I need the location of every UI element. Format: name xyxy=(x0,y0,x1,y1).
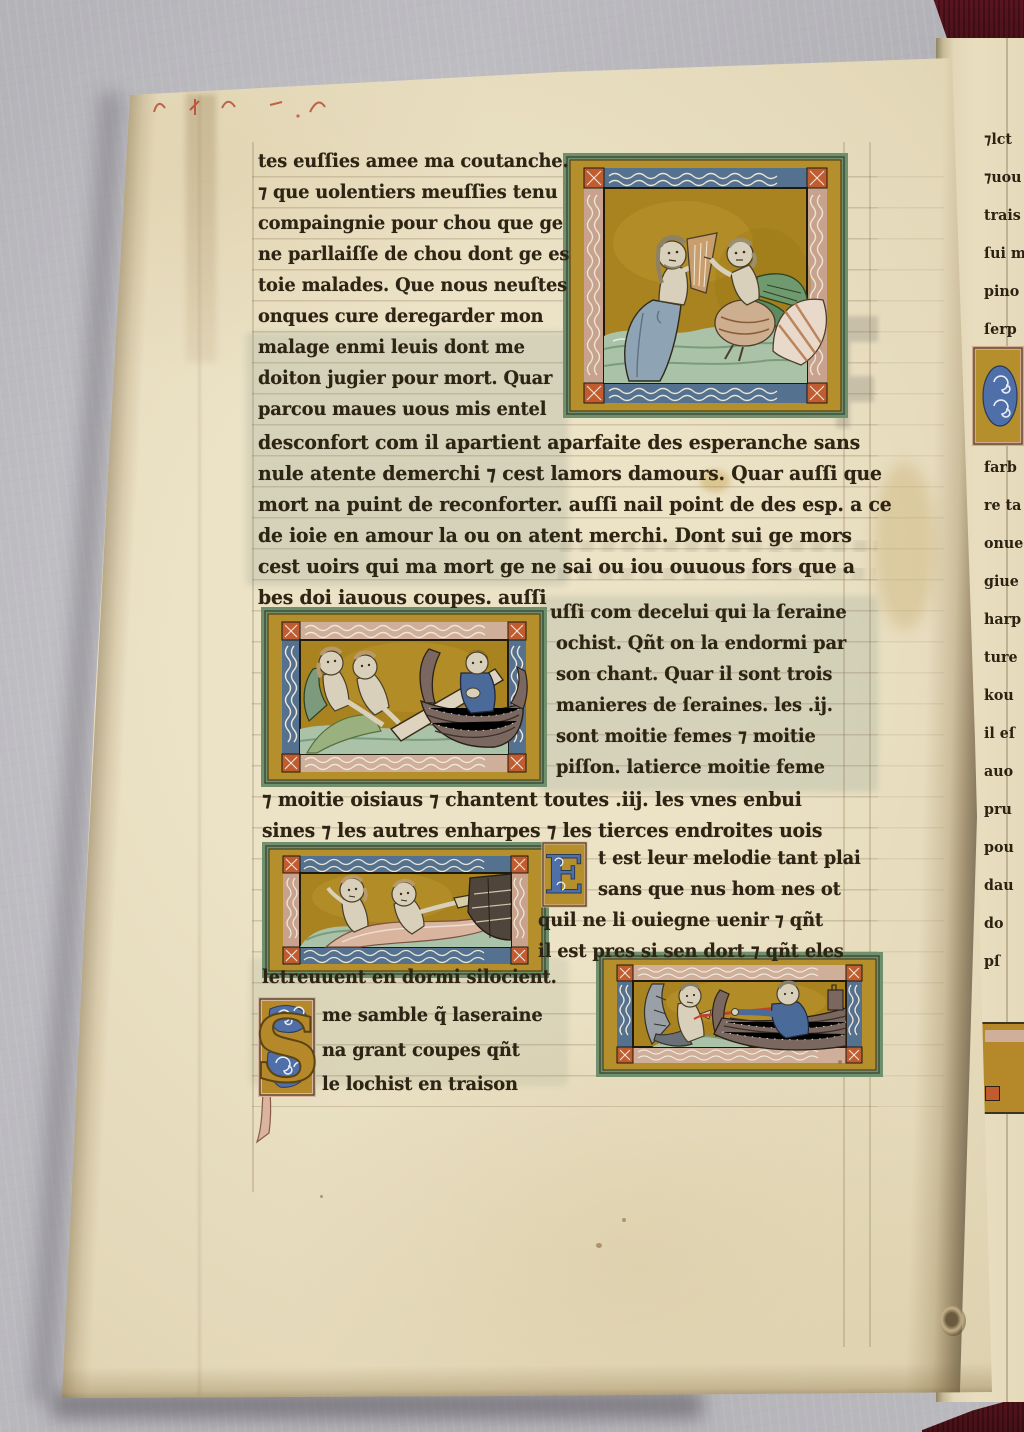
facing-text-fragment: dau xyxy=(984,876,1024,894)
facing-text-fragment: pino xyxy=(984,282,1024,300)
facing-text-fragment: pſ xyxy=(984,952,1024,970)
text-line: ne parllaiſſe de chou dont ge es xyxy=(258,243,569,265)
text-line: cest uoirs qui ma mort ge ne sai ou iou … xyxy=(258,554,855,578)
facing-text-fragment: re ta xyxy=(984,496,1024,514)
facing-text-fragment: il eſ xyxy=(984,724,1024,742)
facing-text-fragment: ſui m xyxy=(984,244,1024,262)
red-ink-marks xyxy=(148,90,348,122)
text-line: me samble q̃ laseraine xyxy=(322,1004,543,1026)
facing-decorated-initial xyxy=(972,344,1024,448)
text-line: malage enmi leuis dont me xyxy=(258,336,525,358)
text-line: compaingnie pour chou que ge xyxy=(258,212,563,234)
miniature-sailor-lance-siren xyxy=(596,952,883,1077)
text-line: de ioie en amour la ou on atent merchi. … xyxy=(258,523,852,547)
ruled-lines-margin xyxy=(878,147,944,1107)
text-line: desconfort com il apartient aparfaite de… xyxy=(258,430,860,454)
facing-text-fragment: ⁊lct xyxy=(984,130,1024,148)
text-line: uſſi com decelui qui la ſeraine xyxy=(550,601,847,623)
text-line: ⁊ que uolentiers meuſſies tenu xyxy=(258,181,558,203)
wormhole xyxy=(940,1306,966,1336)
text-line: mort na puint de reconforter. auſſi nail… xyxy=(258,492,892,516)
facing-text-fragment: ſerp xyxy=(984,320,1024,338)
text-line: doiton jugier pour mort. Quar xyxy=(258,367,552,389)
facing-text-fragment: do xyxy=(984,914,1024,932)
miniature-sirens-swimming xyxy=(262,842,549,978)
facing-text-fragment: giue xyxy=(984,572,1024,590)
text-line: parcou maues uous mis entel xyxy=(258,398,546,420)
text-line: sont moitie femes ⁊ moitie xyxy=(556,725,816,747)
facing-text-fragment: onue xyxy=(984,534,1024,552)
text-line: na grant coupes qñt xyxy=(322,1039,520,1061)
miniature-siren-harp-sea xyxy=(563,153,848,418)
damp-stain xyxy=(186,94,216,362)
text-line: bes doi iauous coupes. auſſi xyxy=(258,585,546,609)
text-line: nule atente demerchi ⁊ cest lamors damou… xyxy=(258,461,882,485)
text-line: t est leur melodie tant plai xyxy=(598,847,861,869)
parchment-speck xyxy=(622,1218,626,1222)
text-line: le lochist en traison xyxy=(322,1073,518,1095)
facing-text-fragment: harp xyxy=(984,610,1024,628)
miniature-sirens-oar-boat xyxy=(261,607,547,787)
text-line: ochist. Qñt on la endormi par xyxy=(556,632,846,654)
facing-text-fragment: auo xyxy=(984,762,1024,780)
decorated-initial-e: E xyxy=(541,841,589,909)
parchment-speck xyxy=(320,1195,323,1198)
decorated-initial-s: S xyxy=(254,995,318,1147)
facing-text-fragment: ⁊uou xyxy=(984,168,1024,186)
facing-text-fragment: kou xyxy=(984,686,1024,704)
text-line: toie malades. Que nous neuſtes xyxy=(258,274,567,296)
parchment-speck xyxy=(838,1060,842,1064)
manuscript-photo: ⁊lct ⁊uou trais ſui m pino ſerp farb re … xyxy=(0,0,1024,1432)
facing-text-fragment: trais xyxy=(984,206,1024,224)
crease-line xyxy=(198,95,201,1395)
parchment-speck xyxy=(596,1243,602,1248)
text-line: manieres de ſeraines. les .ij. xyxy=(556,694,833,716)
svg-text:E: E xyxy=(544,845,584,906)
text-line: onques cure deregarder mon xyxy=(258,305,543,327)
vertical-ruling xyxy=(869,142,871,1347)
facing-text-fragment: pru xyxy=(984,800,1024,818)
text-line: letreuuent en dormi silocient. xyxy=(262,966,557,988)
text-line: sines ⁊ les autres enharpes ⁊ les tierce… xyxy=(262,818,822,842)
facing-text-fragment: ture xyxy=(984,648,1024,666)
facing-second-edge xyxy=(1006,38,1008,1402)
text-line: son chant. Quar il sont trois xyxy=(556,663,832,685)
text-line: piſſon. latierce moitie feme xyxy=(556,756,825,778)
facing-text-fragment: farb xyxy=(984,458,1024,476)
manuscript-page: E S tes euſſies amee ma coutanche. ⁊ que… xyxy=(0,0,1024,1432)
svg-text:S: S xyxy=(254,995,318,1103)
text-line: ⁊ moitie oisiaus ⁊ chantent toutes .iij.… xyxy=(262,787,802,811)
text-line: tes euſſies amee ma coutanche. xyxy=(258,150,569,172)
text-line: il est pres si sen dort ⁊ qñt eles xyxy=(538,940,844,962)
text-line: quil ne li ouiegne uenir ⁊ qñt xyxy=(538,909,823,931)
text-line: sans que nus hom nes ot xyxy=(598,878,841,900)
facing-text-fragment: pou xyxy=(984,838,1024,856)
